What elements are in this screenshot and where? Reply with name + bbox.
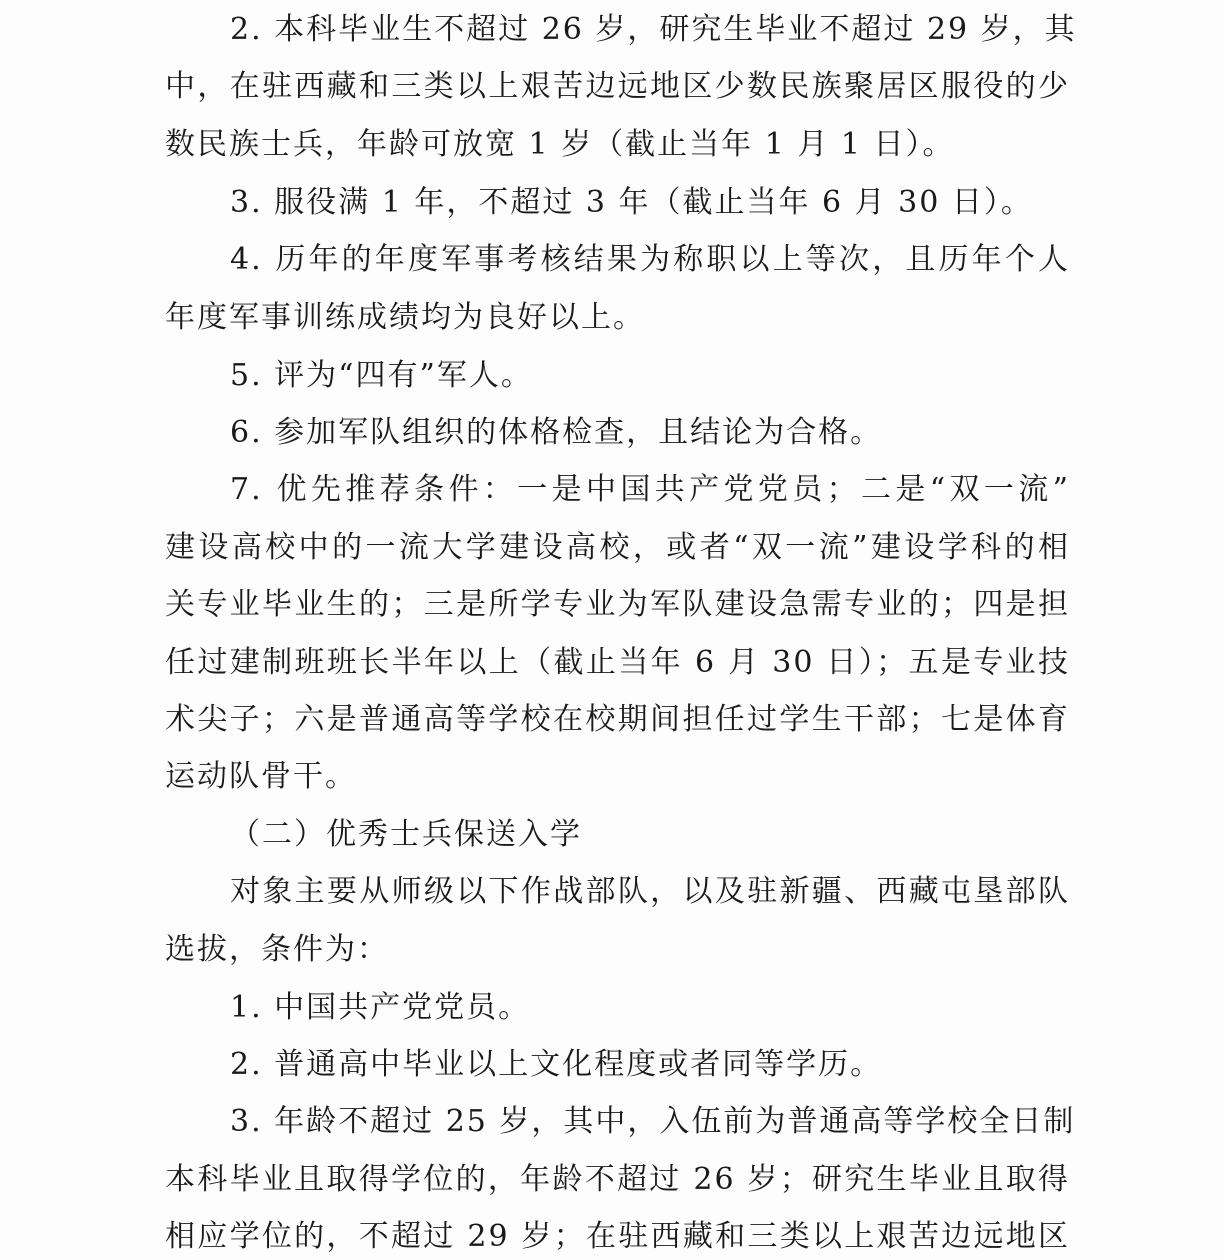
item-4-assessment-line-2: 年度军事训练成绩均为良好以上。: [165, 296, 1070, 340]
item-6-physical-exam: 6. 参加军队组织的体格检查，且结论为合格。: [230, 411, 1070, 455]
sub-item-3-age-line-3: 相应学位的，不超过 29 岁；在驻西藏和三类以上艰苦边远地区: [165, 1215, 1070, 1259]
item-5-four-haves: 5. 评为“四有”军人。: [230, 354, 1070, 398]
sub-item-2-education: 2. 普通高中毕业以上文化程度或者同等学历。: [230, 1043, 1070, 1087]
sub-item-1-party-member: 1. 中国共产党党员。: [230, 986, 1070, 1030]
item-2-age-limit-line-2: 中，在驻西藏和三类以上艰苦边远地区少数民族聚居区服役的少: [165, 65, 1070, 109]
sub-item-3-age-line-1: 3. 年龄不超过 25 岁，其中，入伍前为普通高等学校全日制: [230, 1100, 1070, 1144]
item-3-service-term: 3. 服役满 1 年，不超过 3 年（截止当年 6 月 30 日）。: [230, 181, 1070, 225]
section-intro-line-1: 对象主要从师级以下作战部队，以及驻新疆、西藏屯垦部队: [230, 870, 1070, 914]
section-intro-line-2: 选拔，条件为：: [165, 928, 1070, 972]
item-7-priority-line-5: 术尖子；六是普通高等学校在校期间担任过学生干部；七是体育: [165, 698, 1070, 742]
item-7-priority-line-4: 任过建制班班长半年以上（截止当年 6 月 30 日）；五是专业技: [165, 641, 1070, 685]
item-7-priority-line-3: 关专业毕业生的；三是所学专业为军队建设急需专业的；四是担: [165, 583, 1070, 627]
item-2-age-limit-line-3: 数民族士兵，年龄可放宽 1 岁（截止当年 1 月 1 日）。: [165, 123, 1070, 167]
item-2-age-limit-line-1: 2. 本科毕业生不超过 26 岁，研究生毕业不超过 29 岁，其: [230, 8, 1070, 52]
item-7-priority-line-6: 运动队骨干。: [165, 755, 1070, 799]
item-7-priority-line-2: 建设高校中的一流大学建设高校，或者“双一流”建设学科的相: [165, 526, 1070, 570]
item-7-priority-line-1: 7. 优先推荐条件：一是中国共产党党员；二是“双一流”: [230, 468, 1070, 512]
item-4-assessment-line-1: 4. 历年的年度军事考核结果为称职以上等次，且历年个人: [230, 238, 1070, 282]
section-heading-excellent-soldiers: （二）优秀士兵保送入学: [230, 813, 1070, 857]
document-page: 2. 本科毕业生不超过 26 岁，研究生毕业不超过 29 岁，其 中，在驻西藏和…: [0, 0, 1224, 1260]
sub-item-3-age-line-2: 本科毕业且取得学位的，年龄不超过 26 岁；研究生毕业且取得: [165, 1158, 1070, 1202]
